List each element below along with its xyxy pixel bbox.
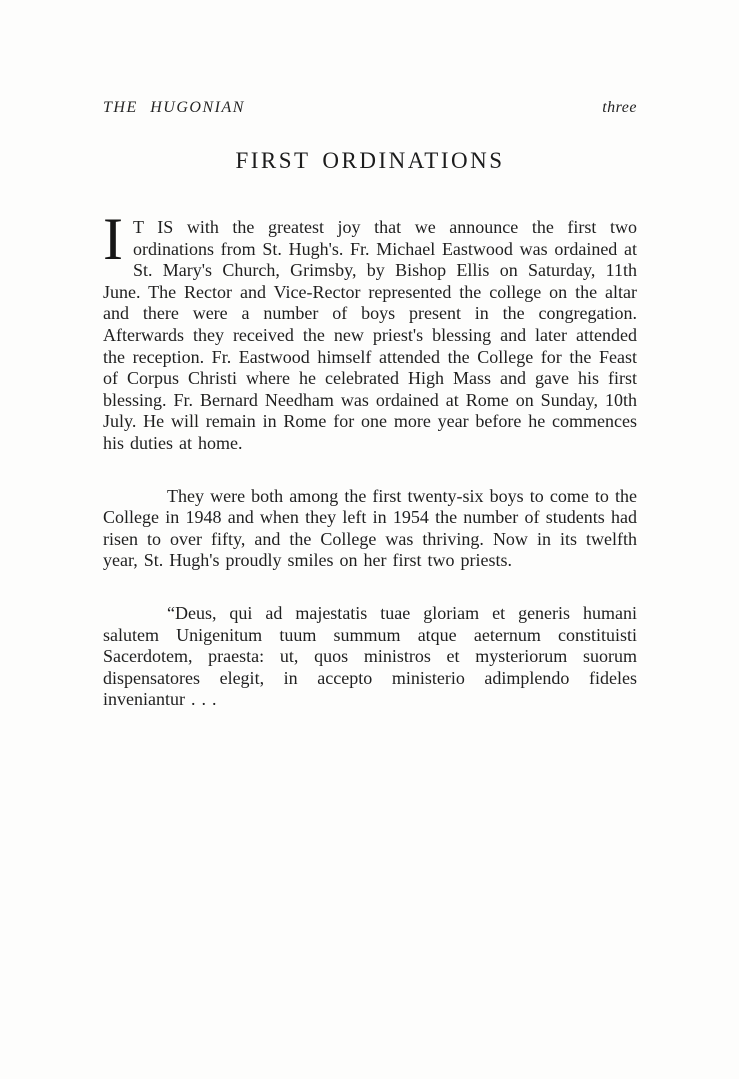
lead-paragraph: IT IS with the greatest joy that we anno… bbox=[103, 217, 637, 455]
article-title: FIRST ORDINATIONS bbox=[103, 148, 637, 174]
document-page: THE HUGONIAN three FIRST ORDINATIONS IT … bbox=[0, 0, 739, 1079]
article-body: IT IS with the greatest joy that we anno… bbox=[103, 217, 637, 711]
drop-cap-letter: I bbox=[103, 217, 133, 261]
journal-title: THE HUGONIAN bbox=[103, 99, 245, 117]
lead-paragraph-text: T IS with the greatest joy that we annou… bbox=[103, 217, 637, 453]
second-paragraph: They were both among the first twenty-si… bbox=[103, 486, 637, 572]
page-content: THE HUGONIAN three FIRST ORDINATIONS IT … bbox=[0, 0, 739, 711]
latin-prayer-paragraph: “Deus, qui ad majestatis tuae gloriam et… bbox=[103, 603, 637, 711]
page-header: THE HUGONIAN three bbox=[103, 99, 637, 117]
page-number: three bbox=[602, 99, 637, 117]
